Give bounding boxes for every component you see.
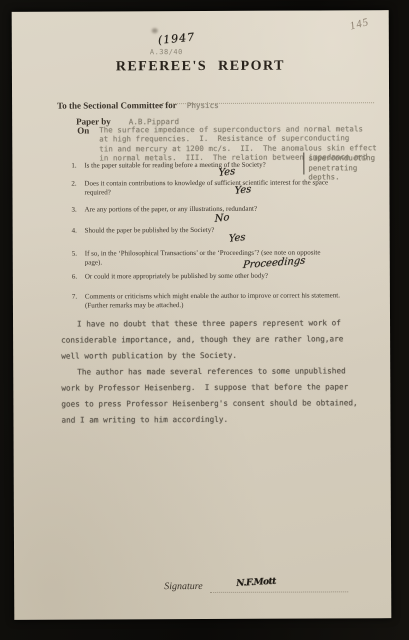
signature-label: Signature bbox=[164, 581, 203, 592]
question-7-number: 7. bbox=[72, 293, 77, 301]
question-7-text: Comments or criticisms which might enabl… bbox=[85, 291, 385, 309]
question-2-number: 2. bbox=[71, 180, 76, 188]
question-2-answer: Yes bbox=[234, 184, 251, 197]
question-3-number: 3. bbox=[72, 206, 77, 214]
question-4-number: 4. bbox=[72, 227, 77, 235]
ink-smudge bbox=[152, 28, 158, 33]
question-1-answer: Yes bbox=[218, 166, 235, 179]
question-5-number: 5. bbox=[72, 250, 77, 258]
report-page: 145 (1947 A.38/40 REFEREE'S REPORT To th… bbox=[12, 10, 392, 620]
pencil-page-number: 145 bbox=[349, 16, 371, 32]
comments-paragraph-2-text: The author has made several references t… bbox=[61, 366, 357, 424]
committee-label: To the Sectional Committee for bbox=[57, 100, 177, 111]
question-6-text: Or could it more appropriately be publis… bbox=[85, 271, 385, 281]
question-1-text: Is the paper suitable for reading before… bbox=[84, 161, 300, 171]
comments-paragraph-1-text: I have no doubt that these three papers … bbox=[61, 318, 343, 360]
comments-paragraph-1: I have no doubt that these three papers … bbox=[61, 315, 361, 364]
question-5-text: If so, in the ‘Philosophical Transaction… bbox=[85, 248, 385, 266]
committee-dotted-line bbox=[162, 92, 374, 104]
signature-dotted-line bbox=[210, 581, 348, 593]
question-3-text: Are any portions of the paper, or any il… bbox=[85, 204, 385, 214]
handwritten-year: (1947 bbox=[157, 30, 195, 46]
question-3-answer: No bbox=[215, 212, 230, 225]
on-label: On bbox=[77, 125, 89, 135]
reference-number: A.38/40 bbox=[150, 48, 183, 56]
page-title: REFEREE'S REPORT bbox=[12, 58, 389, 76]
question-6-number: 6. bbox=[72, 273, 77, 281]
title-overflow-divider bbox=[303, 153, 304, 175]
question-1-number: 1. bbox=[71, 162, 76, 170]
comments-paragraph-2: The author has made several references t… bbox=[61, 363, 365, 428]
question-4-answer: Yes bbox=[229, 232, 246, 245]
